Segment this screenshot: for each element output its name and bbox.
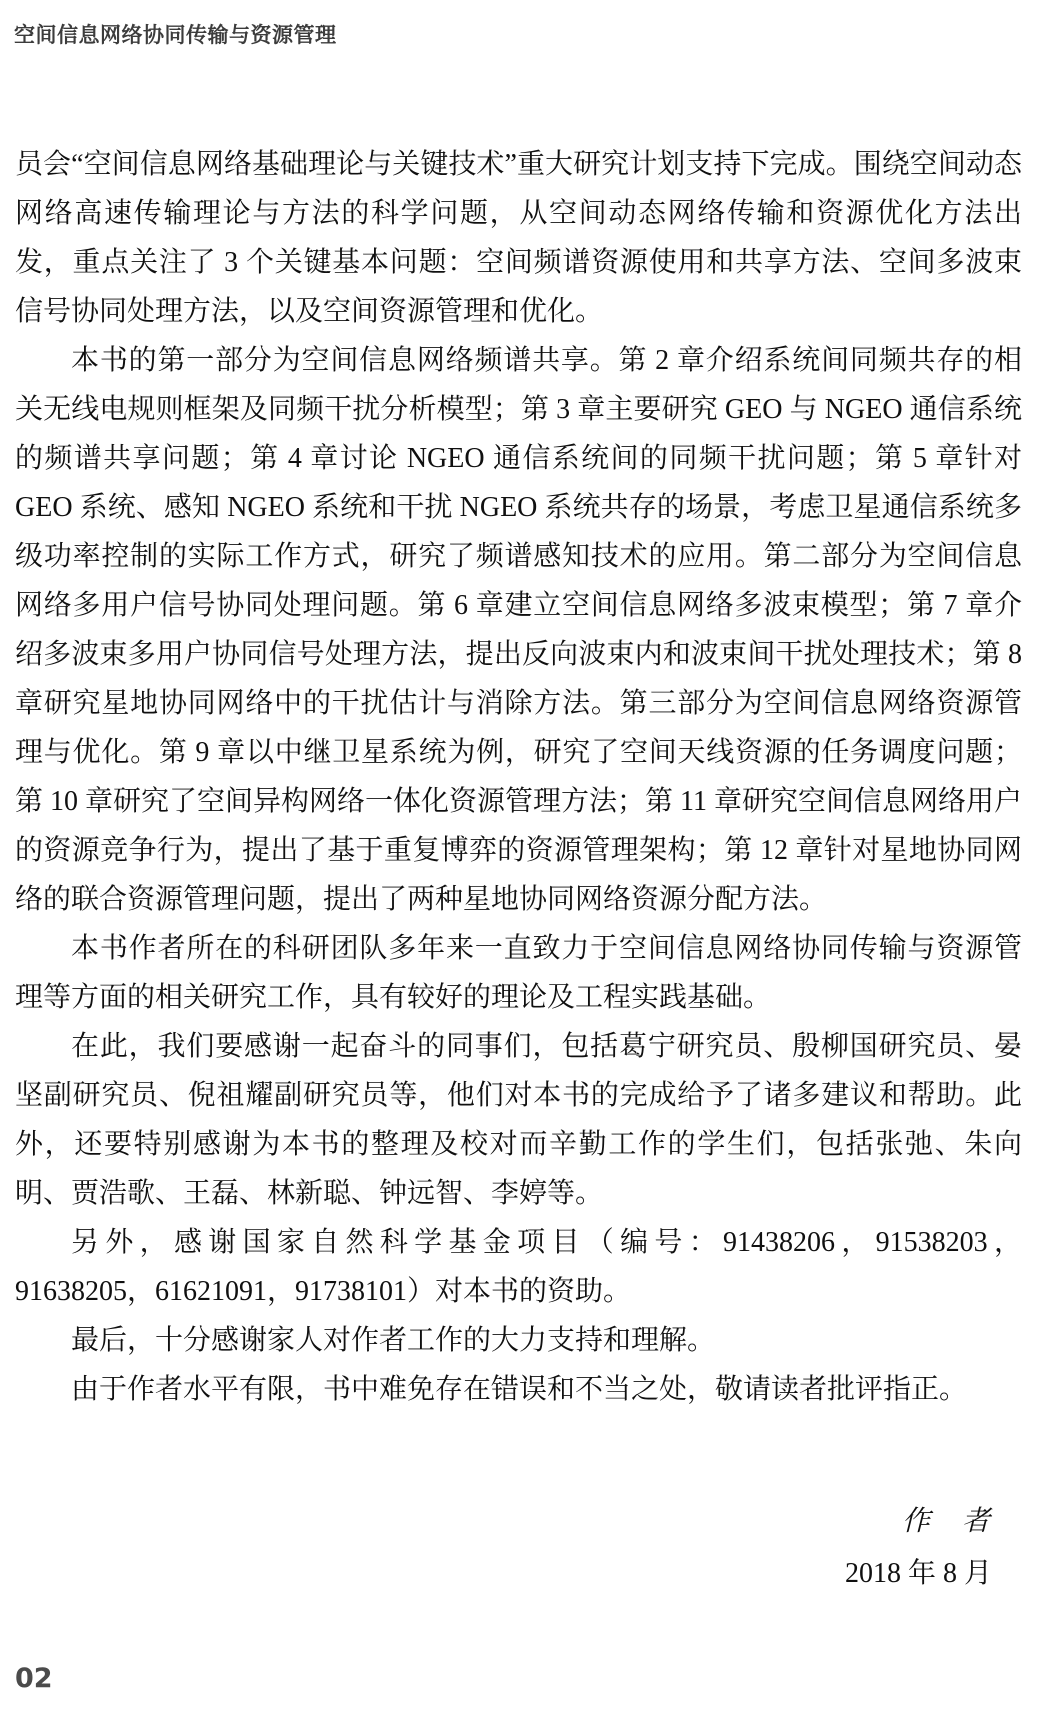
- paragraph: 另外，感谢国家自然科学基金项目（编号：91438206，91538203，916…: [15, 1218, 1022, 1316]
- paragraph: 最后，十分感谢家人对作者工作的大力支持和理解。: [15, 1316, 1022, 1365]
- paragraph: 员会“空间信息网络基础理论与关键技术”重大研究计划支持下完成。围绕空间动态网络高…: [15, 140, 1022, 336]
- paragraph: 本书作者所在的科研团队多年来一直致力于空间信息网络协同传输与资源管理等方面的相关…: [15, 924, 1022, 1022]
- book-preface-page: 空间信息网络协同传输与资源管理 员会“空间信息网络基础理论与关键技术”重大研究计…: [0, 0, 1037, 1721]
- signature-date: 2018 年 8 月: [845, 1548, 992, 1600]
- paragraph: 在此，我们要感谢一起奋斗的同事们，包括葛宁研究员、殷柳国研究员、晏坚副研究员、倪…: [15, 1022, 1022, 1218]
- running-head: 空间信息网络协同传输与资源管理: [14, 19, 337, 49]
- signature-block: 作 者 2018 年 8 月: [845, 1496, 992, 1600]
- paragraph: 本书的第一部分为空间信息网络频谱共享。第 2 章介绍系统间同频共存的相关无线电规…: [15, 336, 1022, 924]
- preface-body: 员会“空间信息网络基础理论与关键技术”重大研究计划支持下完成。围绕空间动态网络高…: [15, 140, 1022, 1414]
- signature-author: 作 者: [845, 1496, 992, 1548]
- paragraph: 由于作者水平有限，书中难免存在错误和不当之处，敬请读者批评指正。: [15, 1365, 1022, 1414]
- page-number: 02: [15, 1663, 53, 1694]
